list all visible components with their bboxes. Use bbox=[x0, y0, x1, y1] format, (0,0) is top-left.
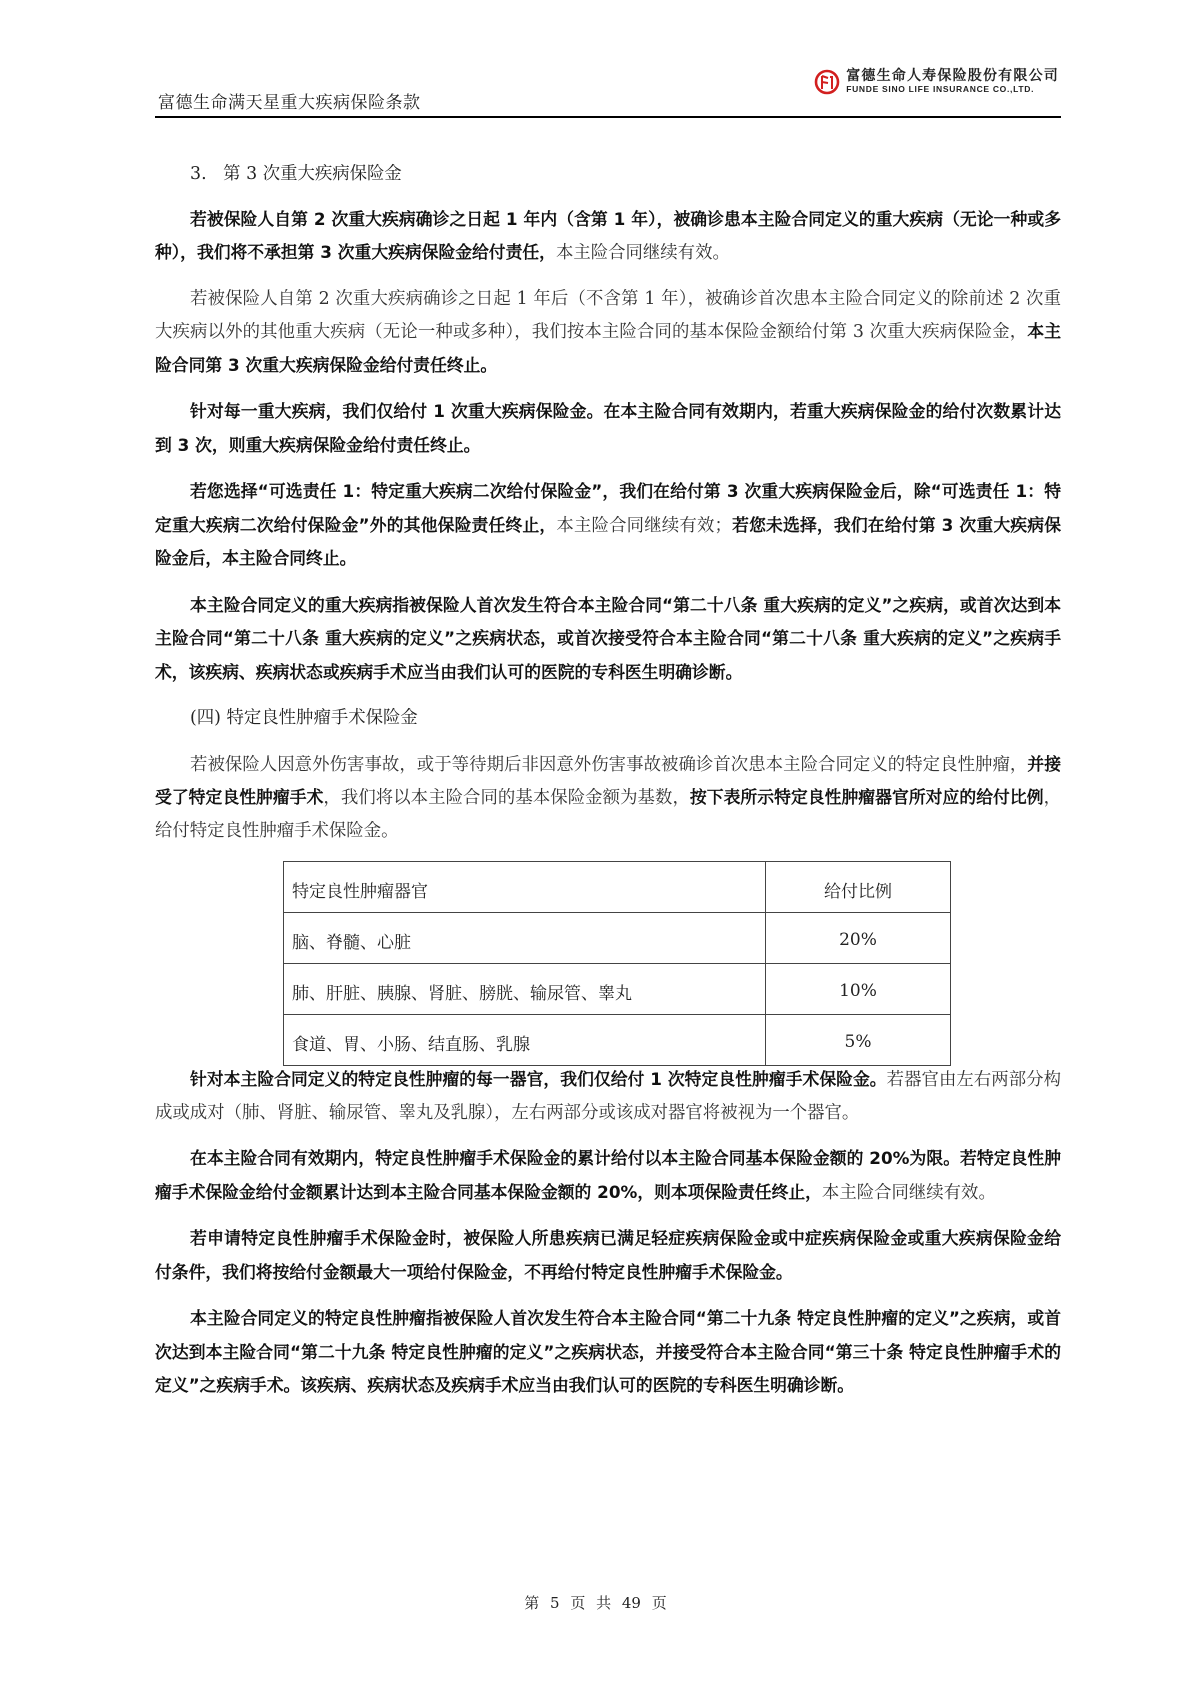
paragraph: 在本主险合同有效期内，特定良性肿瘤手术保险金的累计给付以本主险合同基本保险金额的… bbox=[155, 1142, 1061, 1209]
ratio-cell: 5% bbox=[766, 1015, 951, 1066]
paragraph: 本主险合同定义的重大疾病指被保险人首次发生符合本主险合同“第二十八条 重大疾病的… bbox=[155, 589, 1061, 690]
paragraph: 若被保险人自第 2 次重大疾病确诊之日起 1 年内（含第 1 年），被确诊患本主… bbox=[155, 203, 1061, 270]
table-header-ratio: 给付比例 bbox=[766, 862, 951, 913]
header-divider bbox=[155, 116, 1061, 118]
paragraph: 若申请特定良性肿瘤手术保险金时，被保险人所患疾病已满足轻症疾病保险金或中症疾病保… bbox=[155, 1222, 1061, 1289]
bold-text: 本主险合同定义的重大疾病指被保险人首次发生符合本主险合同“第二十八条 重大疾病的… bbox=[155, 595, 1061, 682]
ratio-cell: 20% bbox=[766, 913, 951, 964]
paragraph: 针对本主险合同定义的特定良性肿瘤的每一器官，我们仅给付 1 次特定良性肿瘤手术保… bbox=[155, 1063, 1061, 1129]
bold-text: 本主险合同定义的特定良性肿瘤指被保险人首次发生符合本主险合同“第二十九条 特定良… bbox=[155, 1308, 1061, 1395]
ratio-cell: 10% bbox=[766, 964, 951, 1015]
document-body: 3. 第 3 次重大疾病保险金 若被保险人自第 2 次重大疾病确诊之日起 1 年… bbox=[155, 158, 1061, 847]
normal-text: ，我们将以本主险合同的基本保险金额为基数， bbox=[323, 788, 689, 808]
organ-cell: 肺、肝脏、胰腺、肾脏、膀胱、输尿管、睾丸 bbox=[284, 964, 766, 1015]
benign-tumor-payout-table: 特定良性肿瘤器官 给付比例 脑、脊髓、心脏 20% 肺、肝脏、胰腺、肾脏、膀胱、… bbox=[283, 861, 951, 1066]
table-header-row: 特定良性肿瘤器官 给付比例 bbox=[284, 862, 951, 913]
document-title: 富德生命满天星重大疾病保险条款 bbox=[158, 88, 421, 113]
bold-text: 针对本主险合同定义的特定良性肿瘤的每一器官，我们仅给付 1 次特定良性肿瘤手术保… bbox=[190, 1069, 887, 1089]
normal-text: 若被保险人自第 2 次重大疾病确诊之日起 1 年后（不含第 1 年），被确诊首次… bbox=[155, 289, 1061, 343]
company-name-cn: 富德生命人寿保险股份有限公司 bbox=[846, 68, 1059, 84]
paragraph: 针对每一重大疾病，我们仅给付 1 次重大疾病保险金。在本主险合同有效期内，若重大… bbox=[155, 395, 1061, 462]
paragraph: 若被保险人自第 2 次重大疾病确诊之日起 1 年后（不含第 1 年），被确诊首次… bbox=[155, 283, 1061, 383]
document-body-continued: 针对本主险合同定义的特定良性肿瘤的每一器官，我们仅给付 1 次特定良性肿瘤手术保… bbox=[155, 1063, 1061, 1403]
normal-text: 本主险合同继续有效； bbox=[556, 516, 732, 536]
section-heading-3rd-critical-illness: 3. 第 3 次重大疾病保险金 bbox=[155, 158, 1061, 191]
table-row: 脑、脊髓、心脏 20% bbox=[284, 913, 951, 964]
normal-text: 本主险合同继续有效。 bbox=[556, 243, 730, 263]
normal-text: 若被保险人因意外伤害事故，或于等待期后非因意外伤害事故被确诊首次患本主险合同定义… bbox=[190, 755, 1027, 775]
paragraph: 本主险合同定义的特定良性肿瘤指被保险人首次发生符合本主险合同“第二十九条 特定良… bbox=[155, 1302, 1061, 1403]
normal-text: 本主险合同继续有效。 bbox=[822, 1183, 996, 1203]
company-logo: 富德生命人寿保险股份有限公司 FUNDE SINO LIFE INSURANCE… bbox=[814, 68, 1059, 95]
section-heading-benign-tumor: (四) 特定良性肿瘤手术保险金 bbox=[155, 702, 1061, 735]
table-row: 食道、胃、小肠、结直肠、乳腺 5% bbox=[284, 1015, 951, 1066]
paragraph: 若您选择“可选责任 1：特定重大疾病二次给付保险金”，我们在给付第 3 次重大疾… bbox=[155, 475, 1061, 576]
organ-cell: 食道、胃、小肠、结直肠、乳腺 bbox=[284, 1015, 766, 1066]
organ-cell: 脑、脊髓、心脏 bbox=[284, 913, 766, 964]
page-number: 第 5 页 共 49 页 bbox=[0, 1592, 1191, 1613]
bold-text: 若申请特定良性肿瘤手术保险金时，被保险人所患疾病已满足轻症疾病保险金或中症疾病保… bbox=[155, 1228, 1061, 1282]
table-header-organ: 特定良性肿瘤器官 bbox=[284, 862, 766, 913]
bold-text: 针对每一重大疾病，我们仅给付 1 次重大疾病保险金。在本主险合同有效期内，若重大… bbox=[155, 401, 1061, 455]
table-row: 肺、肝脏、胰腺、肾脏、膀胱、输尿管、睾丸 10% bbox=[284, 964, 951, 1015]
funde-logo-icon bbox=[814, 69, 840, 95]
paragraph: 若被保险人因意外伤害事故，或于等待期后非因意外伤害事故被确诊首次患本主险合同定义… bbox=[155, 748, 1061, 848]
page-header: 富德生命满天星重大疾病保险条款 富德生命人寿保险股份有限公司 FUNDE SIN… bbox=[155, 62, 1061, 118]
bold-text: 按下表所示特定良性肿瘤器官所对应的给付比例 bbox=[690, 787, 1044, 807]
company-name-en: FUNDE SINO LIFE INSURANCE CO.,LTD. bbox=[846, 84, 1059, 95]
